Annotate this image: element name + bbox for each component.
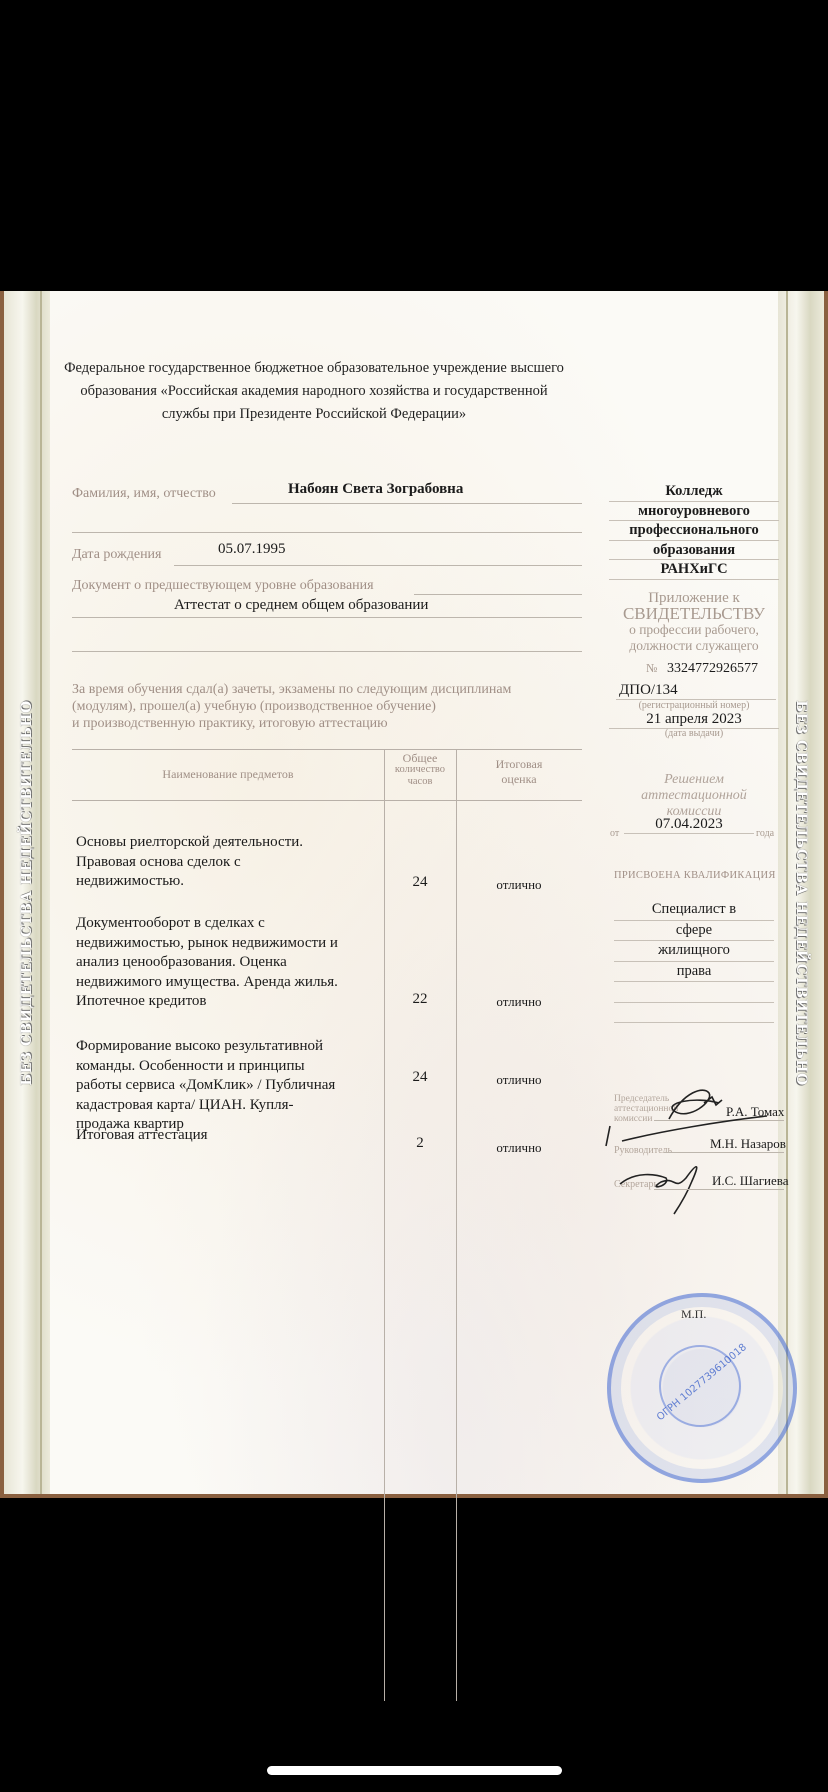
table-row-3-subject: Формирование высоко результативной коман…	[76, 1037, 381, 1135]
issue-date-caption: (дата выдачи)	[609, 728, 779, 739]
table-header-rule	[72, 800, 582, 801]
qualification-label: ПРИСВОЕНА КВАЛИФИКАЦИЯ	[614, 870, 776, 881]
certificate-appendix-page: БЕЗ СВИДЕТЕЛЬСТВА НЕДЕЙСТВИТЕЛЬНО БЕЗ СВ…	[4, 291, 824, 1494]
subject-line: анализ ценообразования. Оценка	[76, 953, 381, 973]
head-label: Руководитель	[614, 1146, 672, 1156]
document-photo: БЕЗ СВИДЕТЕЛЬСТВА НЕДЕЙСТВИТЕЛЬНО БЕЗ СВ…	[0, 291, 828, 1498]
th-hours-line: часов	[384, 776, 456, 788]
subject-line: Основы риелторской деятельности.	[76, 833, 381, 853]
subject-line: недвижимого имущества. Аренда жилья.	[76, 973, 381, 993]
institution-header: Федеральное государственное бюджетное об…	[44, 357, 584, 426]
side-validity-text-left: БЕЗ СВИДЕТЕЛЬСТВА НЕДЕЙСТВИТЕЛЬНО	[19, 700, 35, 1085]
intro-text: За время обучения сдал(а) зачеты, экзаме…	[72, 681, 511, 732]
header-line: Федеральное государственное бюджетное об…	[44, 357, 584, 380]
appendix-line: о профессии рабочего,	[609, 622, 779, 638]
college-line: образования	[609, 541, 779, 561]
table-row-2-subject: Документооборот в сделках с недвижимость…	[76, 914, 381, 1012]
header-line: образования «Российская академия народно…	[44, 380, 584, 403]
table-row-3-hours: 24	[384, 1068, 456, 1088]
decision-line: Решением	[609, 772, 779, 788]
appendix-line: должности служащего	[609, 638, 779, 654]
table-row-1-subject: Основы риелторской деятельности. Правова…	[76, 833, 381, 892]
reg-number-caption: (регистрационный номер)	[609, 700, 779, 711]
table-row-3-grade: отлично	[456, 1070, 582, 1090]
th-hours-line: количество	[384, 764, 456, 776]
subject-line: Итоговая аттестация	[76, 1126, 381, 1146]
header-line: службы при Президенте Российской Федерац…	[44, 403, 584, 426]
decision-year-label: года	[756, 828, 774, 839]
prev-doc-value: Аттестат о среднем общем образовании	[174, 597, 428, 614]
subject-line: Документооборот в сделках с	[76, 914, 381, 934]
table-row-1-hours: 24	[384, 873, 456, 893]
left-decorative-border: БЕЗ СВИДЕТЕЛЬСТВА НЕДЕЙСТВИТЕЛЬНО	[4, 291, 50, 1494]
decision-line: аттестационной	[609, 788, 779, 804]
appendix-title: Приложение к СВИДЕТЕЛЬСТВУ о профессии р…	[609, 590, 779, 654]
issue-date-value: 21 апреля 2023	[609, 711, 779, 729]
secretary-signature-icon	[616, 1156, 706, 1216]
birth-date-label: Дата рождения	[72, 547, 162, 563]
number-value: 3324772926577	[667, 661, 758, 676]
issue-date: 21 апреля 2023	[609, 711, 779, 729]
home-indicator[interactable]	[267, 1766, 562, 1775]
th-grade-line: оценка	[456, 772, 582, 787]
th-grade-line: Итоговая	[456, 757, 582, 772]
th-grade: Итоговая оценка	[456, 757, 582, 787]
decision-date: 07.04.2023	[624, 816, 754, 834]
subject-line: работы сервиса «ДомКлик» / Публичная	[76, 1076, 381, 1096]
subject-line: Ипотечное кредитов	[76, 992, 381, 1012]
right-decorative-border: БЕЗ СВИДЕТЕЛЬСТВА НЕДЕЙСТВИТЕЛЬНО	[778, 291, 824, 1494]
college-line: многоуровневого	[609, 502, 779, 522]
table-row-1-grade: отлично	[456, 875, 582, 895]
intro-line: За время обучения сдал(а) зачеты, экзаме…	[72, 681, 511, 698]
table-row-4-hours: 2	[384, 1134, 456, 1154]
th-hours-line: Общее	[384, 752, 456, 764]
table-row-4-subject: Итоговая аттестация	[76, 1126, 381, 1146]
college-name: Колледж многоуровневого профессиональног…	[609, 482, 779, 580]
secretary-name: И.С. Шагиева	[712, 1173, 789, 1189]
table-row-2-hours: 22	[384, 990, 456, 1010]
side-validity-text-right: БЕЗ СВИДЕТЕЛЬСТВА НЕДЕЙСТВИТЕЛЬНО	[793, 700, 809, 1085]
subject-line: недвижимостью, рынок недвижимости и	[76, 934, 381, 954]
subject-line: Формирование высоко результативной	[76, 1037, 381, 1057]
qualification-value: Специалист в сфере жилищного права	[614, 900, 774, 1023]
reg-number-value: ДПО/134	[616, 682, 776, 700]
full-name-value: Набоян Света Зограбовна	[288, 481, 463, 498]
college-line: Колледж	[609, 482, 779, 502]
qualification-line: жилищного	[614, 941, 774, 962]
prev-doc-label: Документ о предшествующем уровне образов…	[72, 578, 374, 594]
subject-line: Правовая основа сделок с	[76, 853, 381, 873]
qualification-line: Специалист в	[614, 900, 774, 921]
birth-date-value: 05.07.1995	[218, 541, 286, 558]
subject-line: недвижимостью.	[76, 872, 381, 892]
table-row-4-grade: отлично	[456, 1138, 582, 1158]
subject-line: кадастровая карта/ ЦИАН. Купля-	[76, 1096, 381, 1116]
th-subject: Наименование предметов	[72, 767, 384, 782]
table-row-2-grade: отлично	[456, 992, 582, 1012]
commission-decision: Решением аттестационной комиссии	[609, 772, 779, 820]
full-name-label: Фамилия, имя, отчество	[72, 486, 216, 502]
table-top-rule	[72, 749, 582, 750]
subject-line: команды. Особенности и принципы	[76, 1057, 381, 1077]
certificate-number: № 3324772926577	[646, 661, 758, 677]
appendix-line: СВИДЕТЕЛЬСТВУ	[609, 606, 779, 622]
reg-number: ДПО/134	[616, 682, 776, 700]
seal-mp-label: М.П.	[681, 1307, 706, 1322]
number-sign: №	[646, 661, 657, 675]
head-name: М.Н. Назаров	[710, 1136, 786, 1152]
th-hours: Общее количество часов	[384, 752, 456, 788]
decision-from-label: от	[610, 828, 619, 839]
official-seal-stamp: М.П. ОГРН 1027739610018	[607, 1293, 797, 1483]
college-line: профессионального	[609, 521, 779, 541]
intro-line: и производственную практику, итоговую ат…	[72, 715, 511, 732]
college-line: РАНХиГС	[609, 560, 779, 580]
intro-line: (модулям), прошел(а) учебную (производст…	[72, 698, 511, 715]
qualification-line: права	[614, 962, 774, 983]
qualification-line: сфере	[614, 921, 774, 942]
